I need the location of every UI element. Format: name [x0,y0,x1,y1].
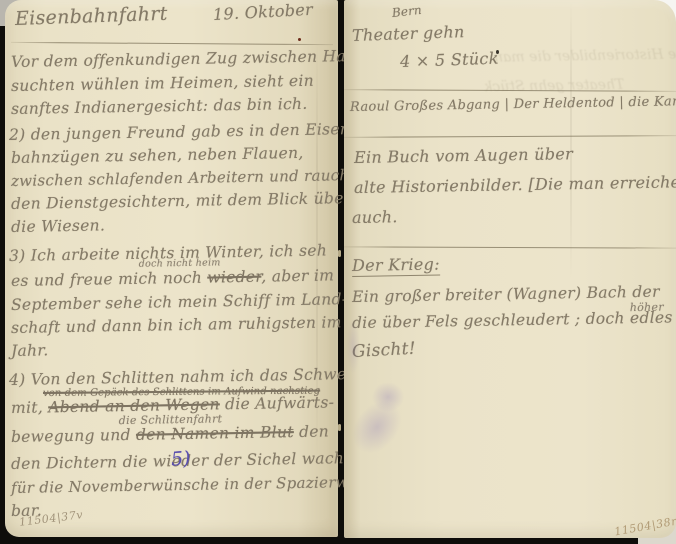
p4-line3-pre: bewegung und [11,426,136,446]
p2-line3: zwischen schlafenden Arbeitern und rauch… [11,166,374,190]
p3-line2-insertion: doch nicht heim [139,257,221,269]
book-note-line2: alte Historienbilder. [Die man erreichen [354,172,676,197]
p4-line3-insertion: die Schlittenfahrt [119,412,223,427]
p3-line5: Jahr. [11,341,49,360]
title-rule [11,42,333,45]
page-date: 19. Oktober [213,0,314,24]
p3-line2-pre: es und freue mich noch [11,269,208,290]
p3-line3: September sehe ich mein Schiff im Land- [11,290,348,314]
section-rule-2 [344,135,676,138]
war-note-insertion: höher [630,301,664,315]
war-note-line3: Gischt! [351,339,416,362]
red-speck [298,38,301,41]
p3-line2: es und freue mich noch wieder, aber im d… [11,266,334,290]
right-page-crease [570,0,572,280]
ink-speck [496,50,499,54]
war-note-heading: Der Krieg: [352,254,440,277]
right-page: alte Historienbilder die man Theater geh… [344,0,676,538]
notebook-scan: Eisenbahnfahrt 19. Oktober Vor dem offen… [0,0,676,544]
p1-line1: Vor dem offenkundigen Zug zwischen Hab- [11,47,362,71]
binding-stitch [338,250,341,257]
p3-line2-post: , aber im [261,266,334,285]
book-note-line1: Ein Buch vom Augen über [354,144,573,167]
section-rule-3 [344,246,676,248]
p2-line4: den Dienstgesichtern, mit dem Blick über [11,189,352,213]
titles-row: Raoul Großes Abgang | Der Heldentod | di… [350,94,676,115]
p3-line4: schaft und dann bin ich am ruhigsten im [11,313,342,337]
war-note-line1: Ein großer breiter (Wagner) Bach der [352,283,660,306]
p2-line2: bahnzügen zu sehen, neben Flauen, [11,144,304,167]
p2-line1: 2) den jungen Freund gab es in den Eisen… [9,120,356,144]
book-note-line3: auch. [352,207,398,227]
right-folio-mark: 11504|38r [613,515,676,539]
p4-line4: den Dichtern die wieder der Sichel wachs… [11,449,372,473]
p4-line5: für die Novemberwünsche in der Spazierwi… [11,472,400,497]
war-note-line2-text: die über Fels geschleudert ; doch edles [352,308,673,332]
violet-smudge [346,318,360,374]
page-title: Eisenbahnfahrt [15,3,168,30]
p4-line2-pre: mit, [11,398,49,417]
blue-foliation-number: 5) [170,447,191,470]
ghost-text: alte Historienbilder die man [494,46,676,66]
count-line: 4 × 5 Stück [400,49,499,71]
binding-stitch [338,424,341,431]
theater-line: Theater gehn [352,22,465,45]
p3-line2-struck: wieder [207,268,261,287]
p1-line3: sanftes Indianergesicht: das bin ich. [11,95,308,118]
war-note-line2: die über Fels geschleudert ; doch edles … [352,308,673,332]
header-insert-word: Bern [391,3,422,20]
ghost-text: Theater gehn Stück [484,77,625,95]
p4-line3-post: den [294,422,330,441]
p2-line5: die Wiesen. [11,216,105,236]
p4-line2-post: die Aufwärts- [220,393,335,413]
p1-line2: suchten wühlen im Heimen, sieht ein [11,72,314,95]
p4-line3: bewegung und den Namen im Blut den die S… [11,422,329,446]
left-page: Eisenbahnfahrt 19. Oktober Vor dem offen… [5,0,338,537]
